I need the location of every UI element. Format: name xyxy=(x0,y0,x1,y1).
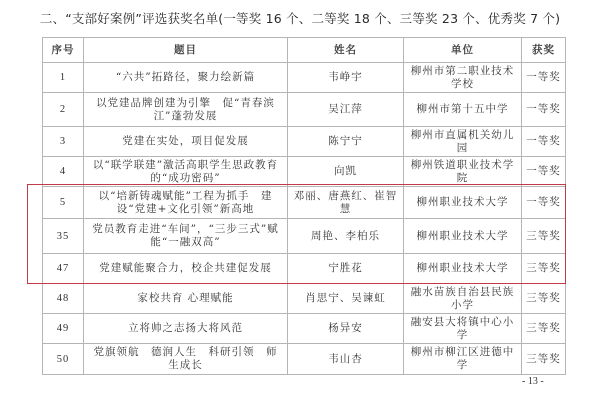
cell-award: 一等奖 xyxy=(522,157,566,187)
cell-unit: 柳州职业技术大学 xyxy=(404,187,522,219)
cell-no: 50 xyxy=(43,344,84,375)
table-row: 49立将帅之志扬大将风范杨异安融安县大将镇中心小学三等奖 xyxy=(43,314,566,344)
cell-name: 韦峥宇 xyxy=(288,63,404,93)
cell-no: 35 xyxy=(43,219,84,254)
cell-title: 以“联学联建”激活高职学生思政教育的“成功密码” xyxy=(84,157,288,187)
column-header-name: 姓名 xyxy=(288,38,404,63)
cell-title: 党员教育走进“车间”，“三步三式”赋能“一融双高” xyxy=(84,219,288,254)
cell-no: 1 xyxy=(43,63,84,93)
cell-no: 48 xyxy=(43,284,84,314)
cell-title: 以党建品牌创建为引擎 促“青春滨江”蓬勃发展 xyxy=(84,93,288,127)
cell-name: 杨异安 xyxy=(288,314,404,344)
award-table: 序号 题目 姓名 单位 获奖 1“六共”拓路径，聚力绘新篇韦峥宇柳州市第二职业技… xyxy=(42,37,566,375)
cell-name: 韦山杏 xyxy=(288,344,404,375)
cell-title: 立将帅之志扬大将风范 xyxy=(84,314,288,344)
table-row: 47党建赋能聚合力，校企共建促发展宁胜花柳州职业技术大学三等奖 xyxy=(43,254,566,284)
cell-unit: 柳州职业技术大学 xyxy=(404,254,522,284)
cell-name: 陈宁宁 xyxy=(288,127,404,157)
cell-title: 党建赋能聚合力，校企共建促发展 xyxy=(84,254,288,284)
cell-unit: 融水苗族自治县民族小学 xyxy=(404,284,522,314)
cell-unit: 柳州铁道职业技术学院 xyxy=(404,157,522,187)
cell-no: 2 xyxy=(43,93,84,127)
cell-unit: 柳州职业技术大学 xyxy=(404,219,522,254)
table-row: 35党员教育走进“车间”，“三步三式”赋能“一融双高”周艳、李柏乐柳州职业技术大… xyxy=(43,219,566,254)
table-row: 4以“联学联建”激活高职学生思政教育的“成功密码”向凯柳州铁道职业技术学院一等奖 xyxy=(43,157,566,187)
cell-award: 三等奖 xyxy=(522,219,566,254)
cell-title: 党建在实处，项目促发展 xyxy=(84,127,288,157)
cell-no: 47 xyxy=(43,254,84,284)
table-row: 1“六共”拓路径，聚力绘新篇韦峥宇柳州市第二职业技术学校一等奖 xyxy=(43,63,566,93)
cell-award: 一等奖 xyxy=(522,63,566,93)
cell-award: 三等奖 xyxy=(522,254,566,284)
cell-unit: 柳州市第十五中学 xyxy=(404,93,522,127)
cell-title: 家校共育 心理赋能 xyxy=(84,284,288,314)
cell-name: 邓丽、唐燕红、崔智慧 xyxy=(288,187,404,219)
cell-unit: 融安县大将镇中心小学 xyxy=(404,314,522,344)
column-header-award: 获奖 xyxy=(522,38,566,63)
page-number: - 13 - xyxy=(522,376,544,387)
table-row: 3党建在实处，项目促发展陈宁宁柳州市直属机关幼儿园一等奖 xyxy=(43,127,566,157)
cell-award: 一等奖 xyxy=(522,93,566,127)
cell-award: 三等奖 xyxy=(522,344,566,375)
cell-award: 三等奖 xyxy=(522,284,566,314)
column-header-no: 序号 xyxy=(43,38,84,63)
cell-no: 4 xyxy=(43,157,84,187)
table-row: 48家校共育 心理赋能肖思宁、吴谏虹融水苗族自治县民族小学三等奖 xyxy=(43,284,566,314)
cell-title: “六共”拓路径，聚力绘新篇 xyxy=(84,63,288,93)
cell-name: 宁胜花 xyxy=(288,254,404,284)
cell-no: 49 xyxy=(43,314,84,344)
cell-unit: 柳州市直属机关幼儿园 xyxy=(404,127,522,157)
table-row: 50党旗领航 德润人生 科研引领 师生成长韦山杏柳州市柳江区进德中学三等奖 xyxy=(43,344,566,375)
cell-name: 肖思宁、吴谏虹 xyxy=(288,284,404,314)
column-header-title: 题目 xyxy=(84,38,288,63)
cell-title: 以“培新铸魂赋能”工程为抓手 建设“党建+文化引领”新高地 xyxy=(84,187,288,219)
column-header-unit: 单位 xyxy=(404,38,522,63)
table-header-row: 序号 题目 姓名 单位 获奖 xyxy=(43,38,566,63)
cell-no: 5 xyxy=(43,187,84,219)
cell-unit: 柳州市第二职业技术学校 xyxy=(404,63,522,93)
table-row: 2以党建品牌创建为引擎 促“青春滨江”蓬勃发展吴江萍柳州市第十五中学一等奖 xyxy=(43,93,566,127)
cell-name: 吴江萍 xyxy=(288,93,404,127)
table-row: 5以“培新铸魂赋能”工程为抓手 建设“党建+文化引领”新高地邓丽、唐燕红、崔智慧… xyxy=(43,187,566,219)
page-heading: 二、“支部好案例”评选获奖名单(一等奖 16 个、二等奖 18 个、三等奖 23… xyxy=(0,9,600,27)
cell-award: 一等奖 xyxy=(522,127,566,157)
cell-award: 一等奖 xyxy=(522,187,566,219)
cell-name: 周艳、李柏乐 xyxy=(288,219,404,254)
cell-title: 党旗领航 德润人生 科研引领 师生成长 xyxy=(84,344,288,375)
cell-name: 向凯 xyxy=(288,157,404,187)
cell-unit: 柳州市柳江区进德中学 xyxy=(404,344,522,375)
cell-no: 3 xyxy=(43,127,84,157)
cell-award: 三等奖 xyxy=(522,314,566,344)
